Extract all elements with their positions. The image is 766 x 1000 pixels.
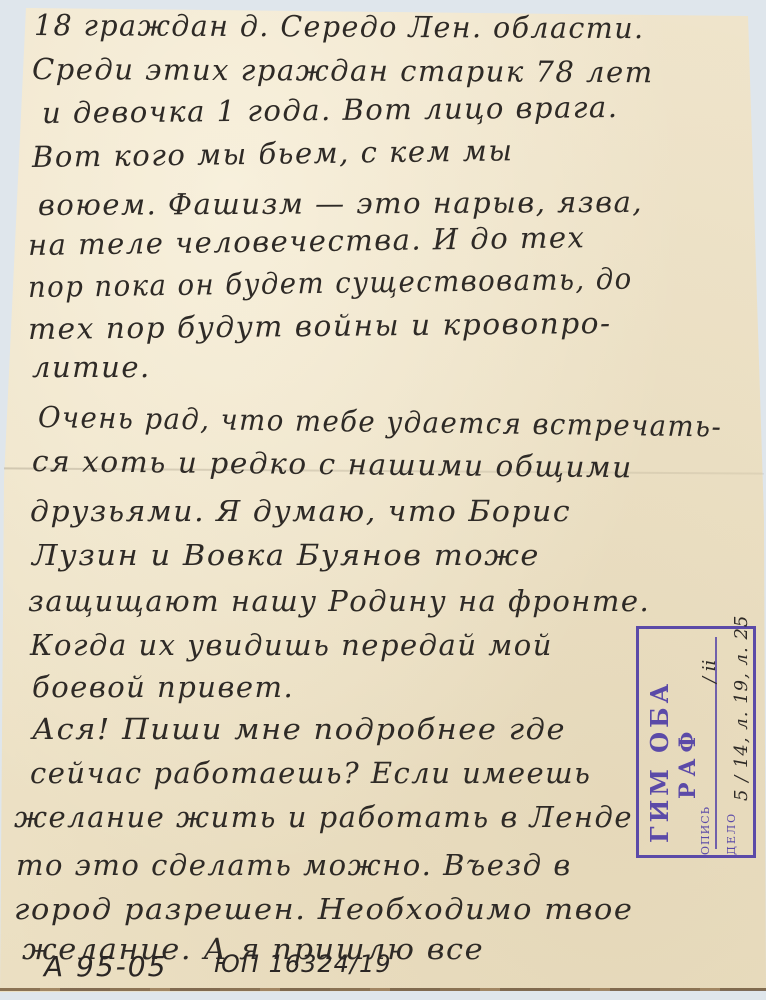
letter-line: защищают нашу Родину на фронте. — [28, 584, 650, 618]
letter-line: сейчас работаешь? Если имеешь — [30, 756, 591, 790]
stamp-label-delo: ДЕЛО — [725, 812, 738, 855]
stamp-org-line2: РАФ — [675, 726, 701, 799]
stamp-handwritten-numbers: 5 / 14, л. 19, л. 25 — [731, 615, 752, 801]
letter-line: тех пор будут войны и кровопро- — [28, 306, 612, 346]
archive-stamp: ГИМ ОБА РАФ ОПИСЬ ДЕЛО / ii 5 / 14, л. 1… — [636, 626, 756, 858]
letter-line: ся хоть и редко с нашими общими — [32, 444, 633, 484]
letter-line: Лузин и Вовка Буянов тоже — [32, 538, 540, 572]
letter-line: воюем. Фашизм — это нарыв, язва, — [38, 185, 643, 222]
letter-line: друзьями. Я думаю, что Борис — [30, 494, 571, 528]
letter-line: город разрешен. Необходимо твое — [14, 892, 634, 926]
stamp-org-line1: ГИМ ОБА — [645, 680, 674, 843]
letter-line: желание жить и работать в Ленде — [14, 800, 633, 834]
paper-bottom-edge — [0, 988, 766, 991]
archive-code-left: А 95-05 — [44, 950, 167, 983]
stamp-label-opis: ОПИСЬ — [699, 806, 712, 855]
letter-line: то это сделать можно. Въезд в — [16, 848, 572, 882]
archive-code-right: ЮП 16324/19 — [214, 950, 392, 978]
letter-line: и девочка 1 года. Вот лицо врага. — [42, 90, 619, 130]
letter-line: боевой привет. — [32, 670, 294, 704]
letter-line: Среди этих граждан старик 78 лет — [32, 52, 654, 89]
letter-line: Ася! Пиши мне подробнее где — [32, 712, 566, 746]
stamp-handwritten-fond: / ii — [699, 660, 720, 683]
letter-line: Вот кого мы бьем, с кем мы — [32, 133, 514, 174]
letter-line: 18 граждан д. Середо Лен. области. — [34, 8, 645, 45]
letter-line: Когда их увидишь передай мой — [30, 628, 553, 662]
letter-line: литие. — [32, 350, 151, 384]
